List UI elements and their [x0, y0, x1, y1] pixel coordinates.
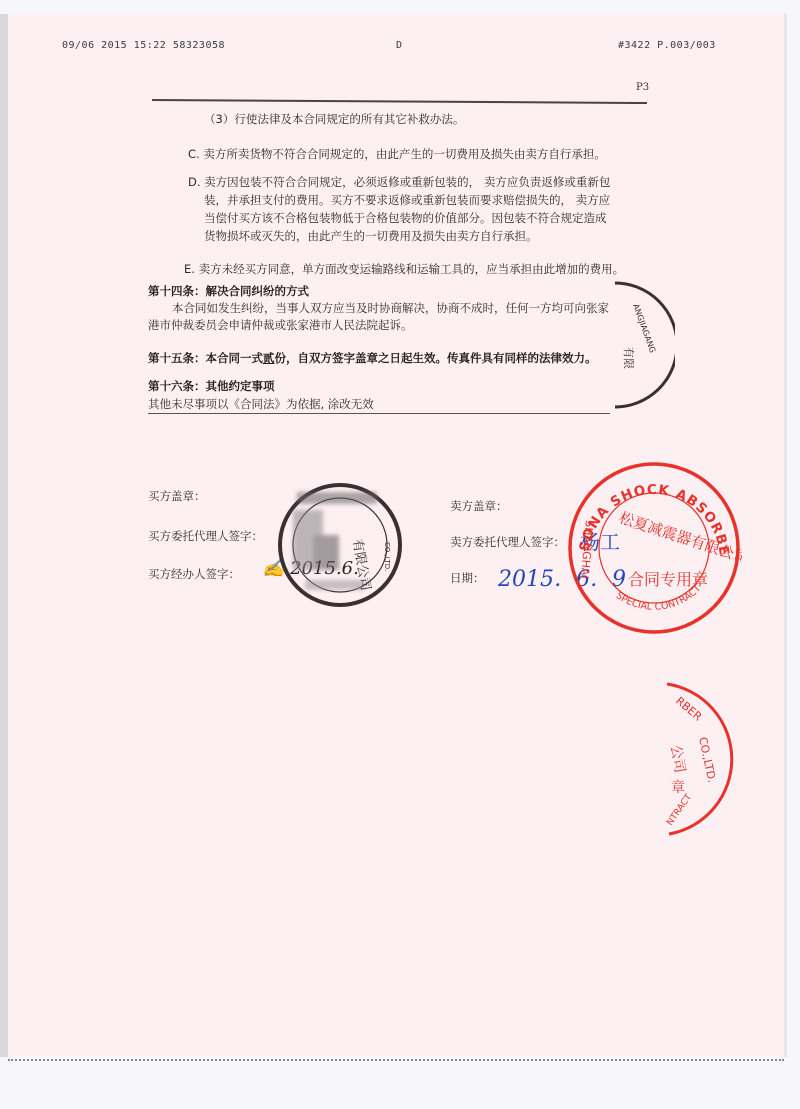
- buyer-company-stamp: 有限公司 CO.,LTD.: [275, 480, 405, 610]
- buyer-seal-label: 买方盖章：: [148, 488, 206, 504]
- clause-e: E. 卖方未经买方同意，单方面改变运输路线和运输工具的，应当承担由此增加的费用。: [184, 260, 624, 278]
- paper-edge: [0, 14, 8, 1057]
- article-14-line-2: 港市仲裁委员会申请仲裁或张家港市人民法院起诉。: [148, 316, 413, 334]
- article-16-title: 第十六条：其他约定事项: [148, 377, 275, 395]
- clause-c: C. 卖方所卖货物不符合合同规定的，由此产生的一切费用及损失由卖方自行承担。: [188, 145, 606, 163]
- buyer-stamp-margin-fragment: ANGJIAGANG 有限: [605, 275, 675, 415]
- clause-d-line-4: 货物损坏或灭失的，由此产生的一切费用及损失由卖方自行承担。: [204, 227, 538, 245]
- svg-text:公司: 公司: [667, 744, 688, 774]
- seller-stamp-partial: RBER CO.,LTD. 公司 章 NTRACT: [665, 680, 735, 840]
- article-14-title: 第十四条：解决合同纠纷的方式: [148, 282, 309, 300]
- article-16-underline: [148, 413, 610, 414]
- fax-page-info: #3422 P.003/003: [618, 40, 716, 51]
- fax-tear-edge: [8, 1055, 784, 1061]
- buyer-handler-label: 买方经办人签字：: [148, 566, 240, 582]
- svg-text:CO.,LTD.: CO.,LTD.: [696, 736, 718, 784]
- buyer-agent-label: 买方委托代理人签字：: [148, 528, 263, 544]
- article-15: 第十五条：本合同一式贰份，自双方签字盖章之日起生效。传真件具有同样的法律效力。: [148, 349, 597, 367]
- svg-text:NTRACT: NTRACT: [665, 792, 694, 828]
- svg-text:有限: 有限: [622, 347, 635, 369]
- date-label: 日期：: [450, 570, 485, 586]
- clause-3: （3）行使法律及本合同规定的所有其它补救办法。: [204, 110, 464, 128]
- fax-datetime: 09/06 2015 15:22 58323058: [62, 40, 225, 51]
- article-16-body: 其他未尽事项以《合同法》为依据, 涂改无效: [148, 395, 374, 413]
- article-15-suffix: 份，自双方签字盖章之日起生效。传真件具有同样的法律效力。: [275, 351, 597, 365]
- fax-mark: D: [396, 40, 403, 51]
- clause-d-line-1: D. 卖方因包装不符合合同规定，必须返修或重新包装的， 卖方应负责返修或重新包: [188, 173, 610, 191]
- seller-seal-label: 卖方盖章：: [450, 498, 508, 514]
- page-number: P3: [636, 82, 649, 93]
- article-15-copies: 贰: [263, 351, 275, 365]
- seller-agent-label: 卖方委托代理人签字：: [450, 534, 565, 550]
- article-15-prefix: 第十五条：本合同一式: [148, 351, 263, 365]
- article-14-line-1: 本合同如发生纠纷，当事人双方应当及时协商解决，协商不成时，任何一方均可向张家: [172, 299, 609, 317]
- buyer-stamp-en-text: CO.,LTD.: [383, 542, 391, 571]
- clause-d-line-3: 当偿付买方该不合格包装物低于合格包装物的价值部分。因包装不符合规定造成: [204, 209, 607, 227]
- seller-stamp-left-text: SHANGHAI: [578, 520, 596, 579]
- svg-text:章: 章: [671, 779, 685, 796]
- seller-contract-stamp: SONA SHOCK ABSORBER CO.,LTD. SHANGHAI 松夏…: [566, 460, 742, 636]
- clause-d-line-2: 装，并承担支付的费用。买方不要求返修或重新包装而要求赔偿损失的， 卖方应: [204, 191, 610, 209]
